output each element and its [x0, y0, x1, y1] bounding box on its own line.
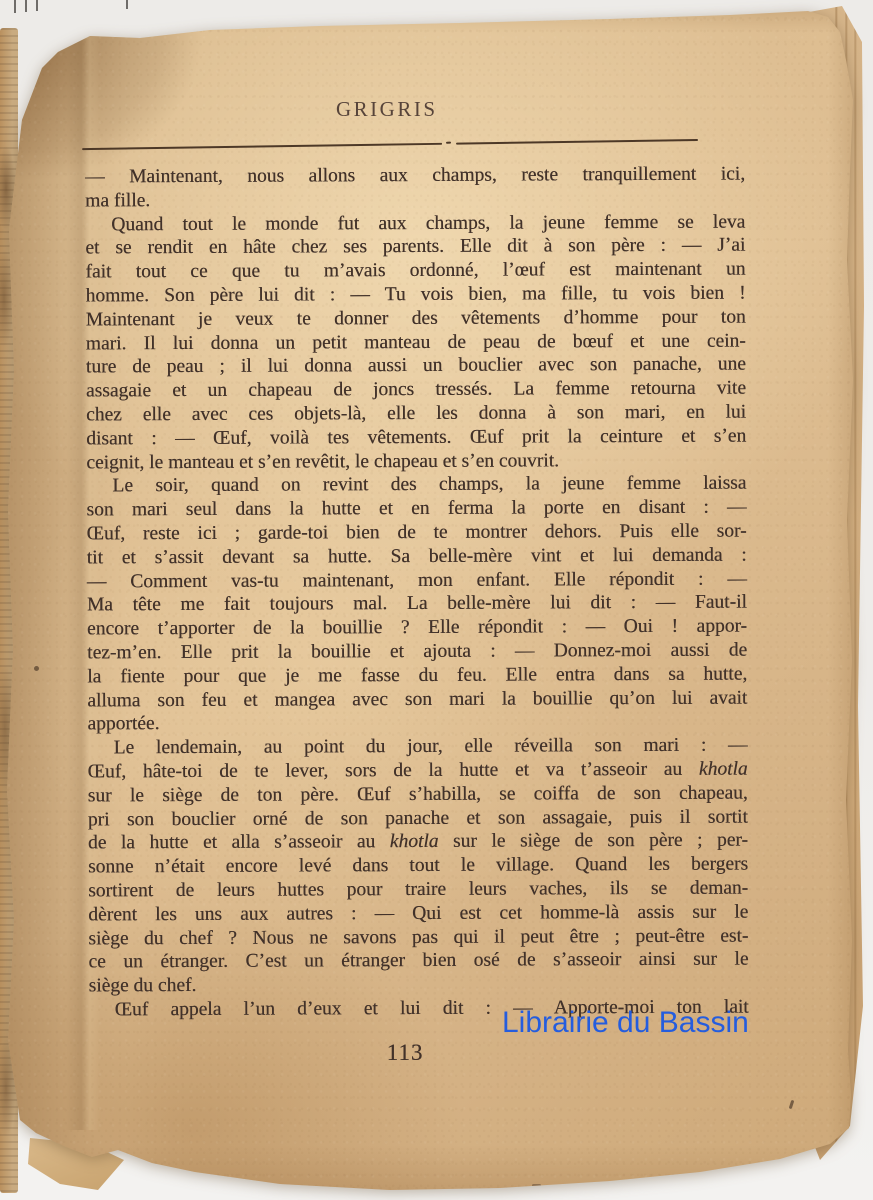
text-line: Quand tout le monde fut aux champs, la j…	[85, 210, 745, 237]
text-line: encore t’apporter de la bouillie ? Elle …	[87, 615, 747, 642]
text-line: la fiente pour que je me fasse du feu. E…	[87, 662, 747, 689]
page-number: 113	[75, 1040, 735, 1066]
text-line: Œuf, reste ici ; garde-toi bien de te mo…	[87, 520, 747, 547]
text-line: siège du chef.	[89, 972, 749, 999]
paper-speck	[532, 1184, 541, 1187]
text-line: Maintenant je veux te donner des vêtemen…	[86, 305, 746, 332]
paragraph: Quand tout le monde fut aux champs, la j…	[85, 210, 746, 475]
text-line: Ma tête me fait toujours mal. La belle-m…	[87, 591, 747, 618]
text-line: et se rendit en hâte chez ses parents. E…	[85, 234, 745, 261]
text-line: sortirent de leurs huttes pour traire le…	[88, 876, 748, 903]
text-line: ce un étranger. C’est un étranger bien o…	[88, 948, 748, 975]
text-line: tit et s’assit devant sa hutte. Sa belle…	[87, 543, 747, 570]
text-line: homme. Son père lui dit : — Tu vois bien…	[86, 282, 746, 309]
paper-speck	[34, 666, 39, 671]
text-line: disant : — Œuf, voilà tes vêtements. Œuf…	[86, 424, 746, 451]
paragraph: Le lendemain, au point du jour, elle rév…	[87, 734, 748, 999]
text-line: fait tout ce que tu m’avais ordonné, l’œ…	[85, 258, 745, 285]
text-line: — Comment vas-tu maintenant, mon enfant.…	[87, 567, 747, 594]
text-line: ture de peau ; il lui donna aussi un bou…	[86, 353, 746, 380]
text-line: ma fille.	[85, 186, 745, 213]
text-line: siège du chef ? Nous ne savons pas qui i…	[88, 924, 748, 951]
bookseller-watermark: Librairie du Bassin	[502, 1006, 749, 1040]
text-line: alluma son feu et mangea avec son mari l…	[87, 686, 747, 713]
text-line: — Maintenant, nous allons aux champs, re…	[85, 163, 745, 190]
text-line: assagaie et un chapeau de joncs tressés.…	[86, 377, 746, 404]
text-line: dèrent les uns aux autres : — Qui est ce…	[88, 900, 748, 927]
running-head-title: GRIGRIS	[336, 97, 438, 122]
text-line: ceignit, le manteau et s’en revêtit, le …	[86, 448, 746, 475]
text-line: Le soir, quand on revint des champs, la …	[86, 472, 746, 499]
text-line: sonne n’était encore levé dans tout le v…	[88, 853, 748, 880]
text-line: son mari seul dans la hutte et en ferma …	[86, 496, 746, 523]
header-rule-left-segment	[82, 143, 442, 150]
text-line: chez elle avec ces objets-là, elle les d…	[86, 401, 746, 428]
page-body: — Maintenant, nous allons aux champs, re…	[85, 163, 749, 1023]
text-line: tez-m’en. Elle prit la bouillie et ajout…	[87, 638, 747, 665]
text-line: apportée.	[87, 710, 747, 737]
header-rule-right-segment	[456, 139, 698, 145]
header-rule-center-dash	[446, 142, 451, 144]
header-rule	[82, 138, 698, 150]
text-line: Le lendemain, au point du jour, elle rév…	[87, 734, 747, 761]
paragraph: — Maintenant, nous allons aux champs, re…	[85, 163, 745, 213]
book-page-photo: GRIGRIS — Maintenant, nous allons aux ch…	[0, 0, 873, 1200]
paragraph: Le soir, quand on revint des champs, la …	[86, 472, 747, 737]
text-line: mari. Il lui donna un petit manteau de p…	[86, 329, 746, 356]
text-line: Œuf, hâte-toi de te lever, sors de la hu…	[88, 757, 748, 784]
text-line: sur le siège de ton père. Œuf s’habilla,…	[88, 781, 748, 808]
text-line: de la hutte et alla s’asseoir au khotla …	[88, 829, 748, 856]
paper-speck	[789, 1100, 795, 1109]
text-line: pri son bouclier orné de son panache et …	[88, 805, 748, 832]
